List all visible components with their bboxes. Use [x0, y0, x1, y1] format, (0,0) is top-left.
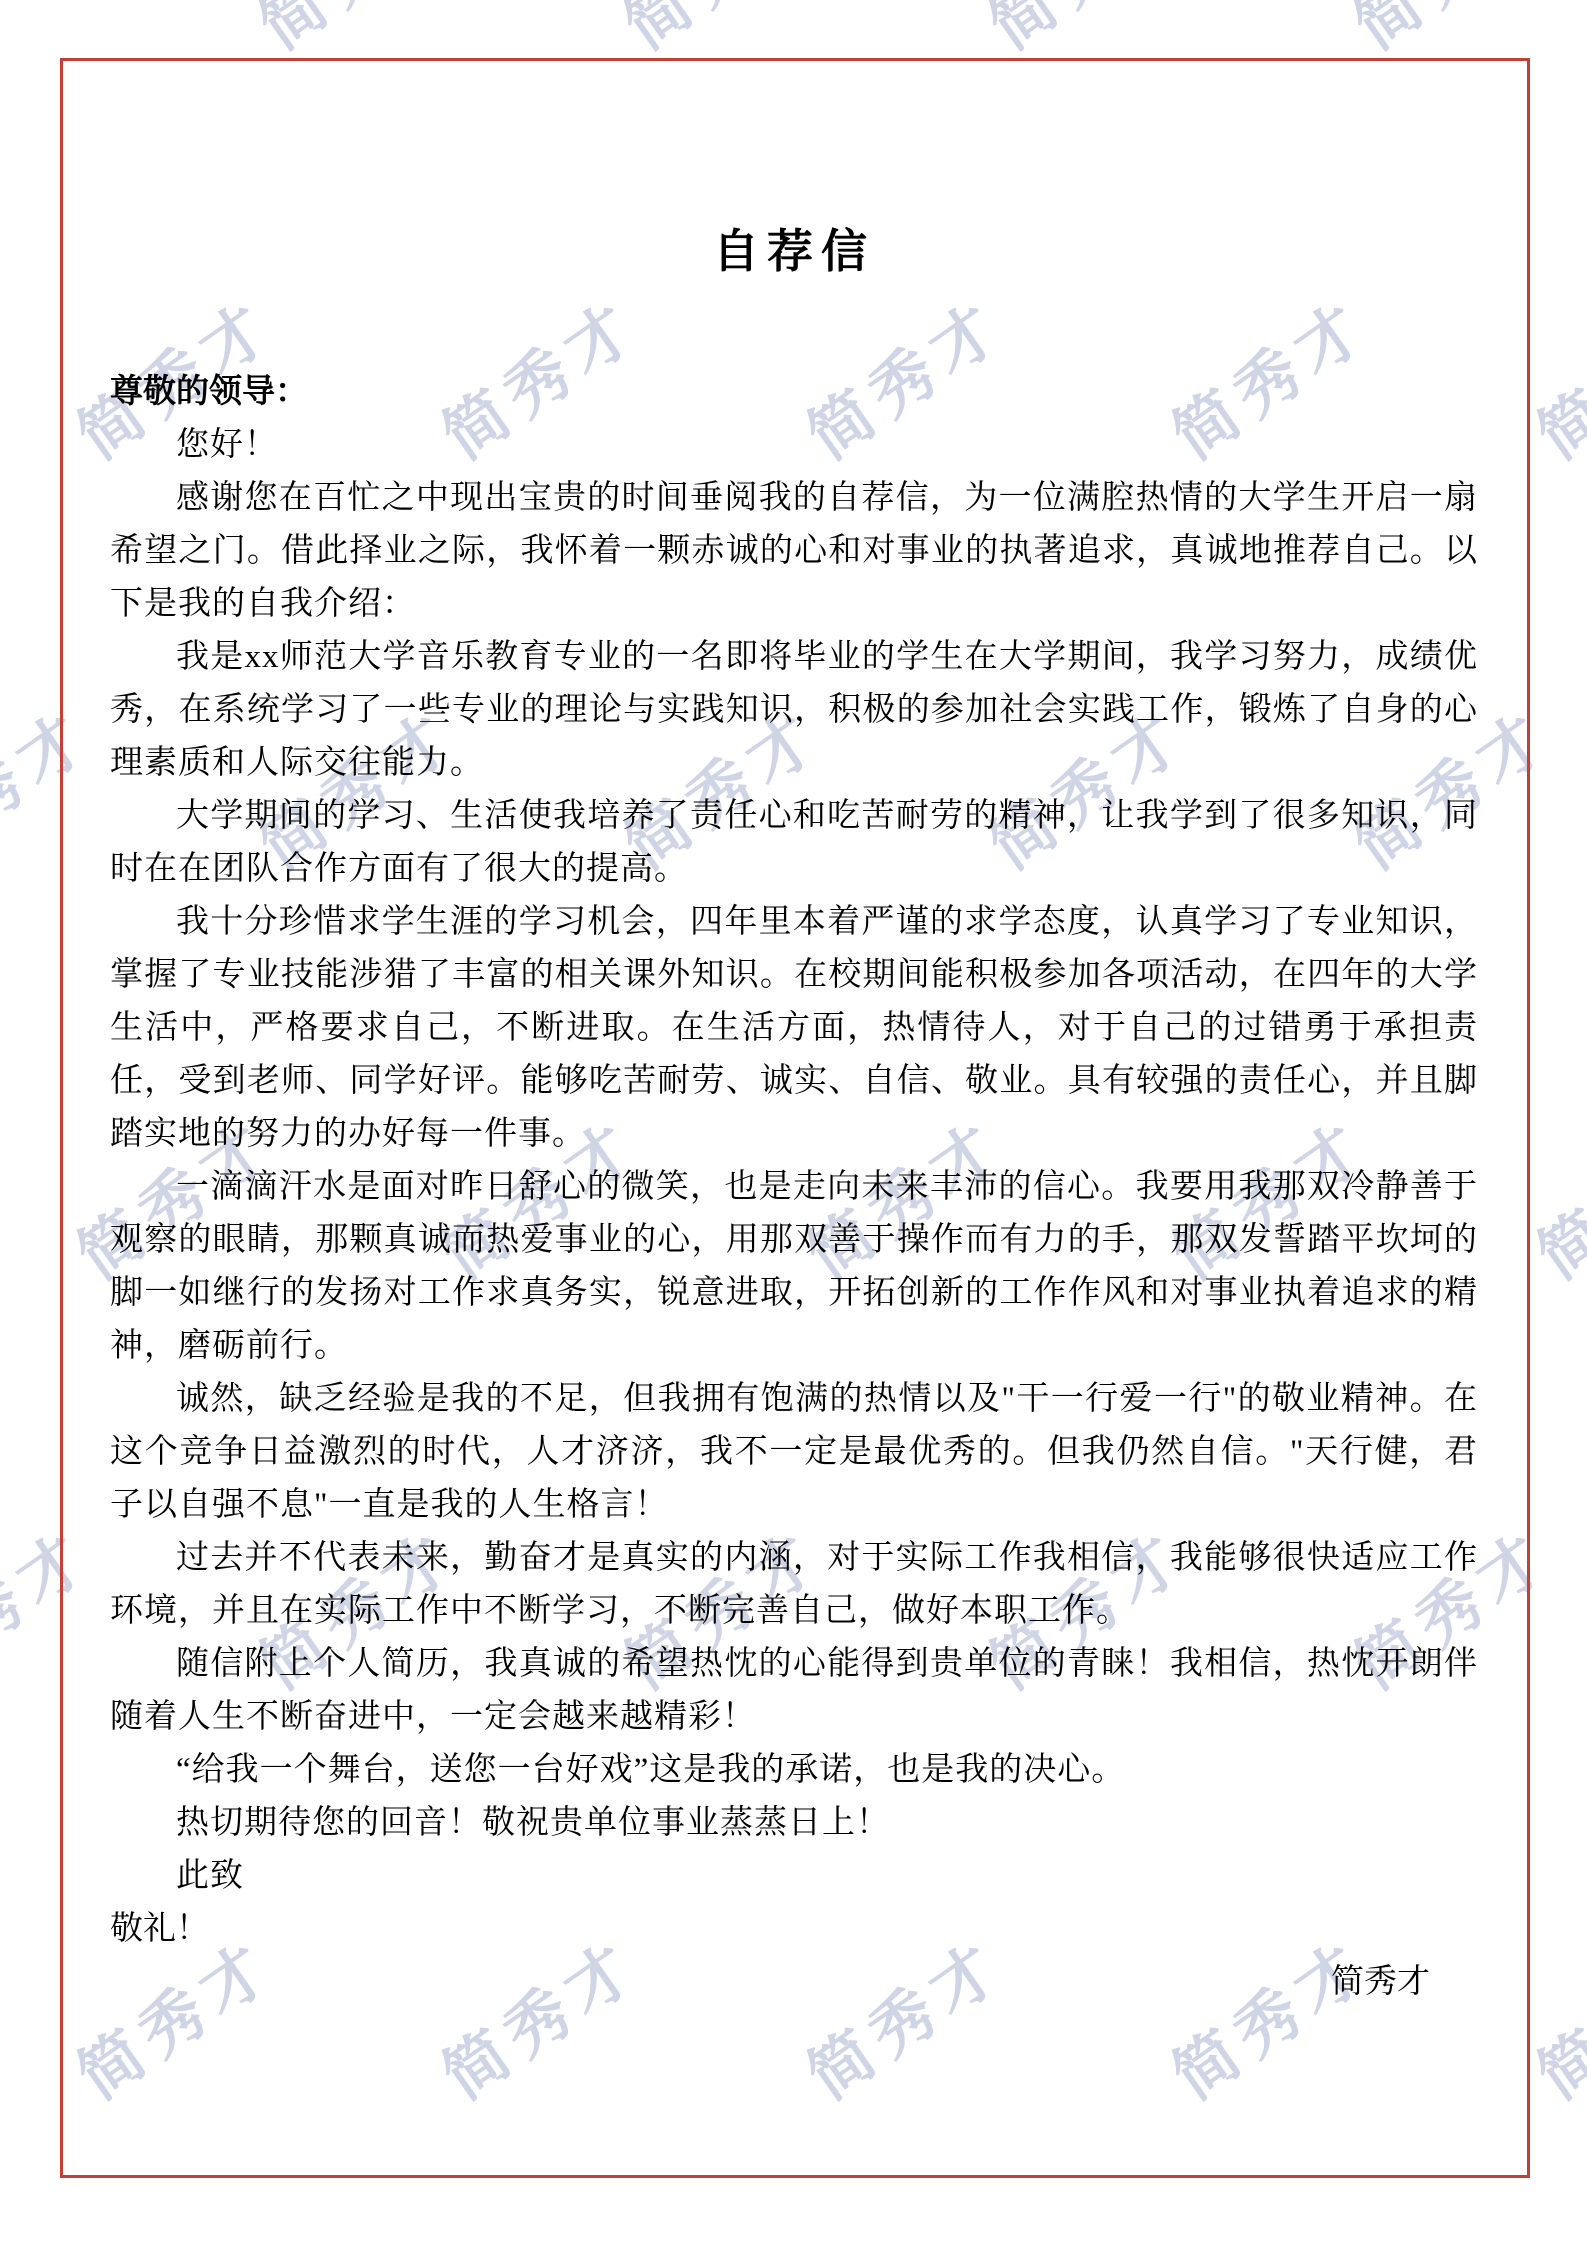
watermark-text: 简秀才	[1517, 275, 1587, 478]
salutation: 尊敬的领导：	[110, 366, 1478, 419]
paragraph: 此致	[110, 1850, 1478, 1903]
watermark-text: 简秀才	[0, 1505, 108, 1708]
paragraph: 随信附上个人简历，我真诚的希望热忱的心能得到贵单位的青睐！我相信，热忱开朗伴随着…	[110, 1638, 1478, 1744]
watermark-text: 简秀才	[239, 0, 474, 67]
letter-page: 简秀才简秀才简秀才简秀才简秀才简秀才简秀才简秀才简秀才简秀才简秀才简秀才简秀才简…	[0, 0, 1587, 2245]
letter-content: 自荐信 尊敬的领导： 您好！感谢您在百忙之中现出宝贵的时间垂阅我的自荐信，为一位…	[110, 222, 1478, 2009]
watermark-text: 简秀才	[969, 0, 1204, 67]
paragraph: 诚然，缺乏经验是我的不足，但我拥有饱满的热情以及"干一行爱一行"的敬业精神。在这…	[110, 1373, 1478, 1532]
signature: 简秀才	[110, 1956, 1478, 2009]
paragraph: “给我一个舞台，送您一台好戏”这是我的承诺，也是我的决心。	[110, 1744, 1478, 1797]
watermark-text: 简秀才	[0, 685, 108, 888]
paragraph: 我是xx师范大学音乐教育专业的一名即将毕业的学生在大学期间，我学习努力，成绩优秀…	[110, 631, 1478, 790]
paragraph: 过去并不代表未来，勤奋才是真实的内涵，对于实际工作我相信，我能够很快适应工作环境…	[110, 1532, 1478, 1638]
paragraph: 大学期间的学习、生活使我培养了责任心和吃苦耐劳的精神，让我学到了很多知识，同时在…	[110, 790, 1478, 896]
watermark-text: 简秀才	[604, 0, 839, 67]
paragraph: 一滴滴汗水是面对昨日舒心的微笑，也是走向未来丰沛的信心。我要用我那双冷静善于观察…	[110, 1161, 1478, 1373]
paragraph: 您好！	[110, 419, 1478, 472]
watermark-text: 简秀才	[1517, 1095, 1587, 1298]
watermark-text: 简秀才	[0, 0, 108, 67]
closing-respect: 敬礼！	[110, 1903, 1478, 1956]
paragraph-list: 您好！感谢您在百忙之中现出宝贵的时间垂阅我的自荐信，为一位满腔热情的大学生开启一…	[110, 419, 1478, 1903]
paragraph: 我十分珍惜求学生涯的学习机会，四年里本着严谨的求学态度，认真学习了专业知识，掌握…	[110, 896, 1478, 1161]
paragraph: 热切期待您的回音！敬祝贵单位事业蒸蒸日上！	[110, 1797, 1478, 1850]
paragraph: 感谢您在百忙之中现出宝贵的时间垂阅我的自荐信，为一位满腔热情的大学生开启一扇希望…	[110, 472, 1478, 631]
watermark-text: 简秀才	[1517, 1915, 1587, 2118]
watermark-text: 简秀才	[1334, 0, 1569, 67]
document-title: 自荐信	[110, 222, 1478, 282]
